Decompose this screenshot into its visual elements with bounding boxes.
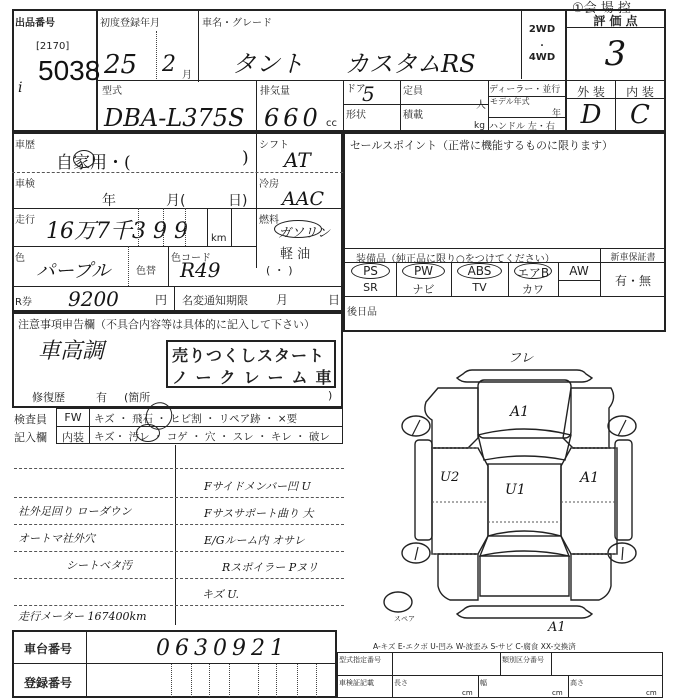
car-name: タント xyxy=(232,44,304,79)
comment-right: キズ U. xyxy=(202,586,239,602)
equipment-item: TV xyxy=(451,281,508,294)
warranty-value: 有・無 xyxy=(601,272,665,289)
comment-left: オートマ社外穴 xyxy=(18,530,95,546)
exterior-grade: D xyxy=(567,100,615,130)
sales-frame xyxy=(343,132,666,332)
comment-left: 走行メーター 167400km xyxy=(18,608,147,624)
equipment-item: カワ xyxy=(508,281,558,297)
interior-grade: C xyxy=(616,100,664,130)
legend: A-キズ E-エクボ U-凹み W-波歪み S-サビ C-腐食 XX-交換済 xyxy=(373,641,576,652)
first-registration-label: 初度登録年月 xyxy=(100,14,160,29)
diagram-roof: U1 xyxy=(505,482,526,498)
first-registration-year: 25 xyxy=(104,50,137,80)
first-registration-month: 2 xyxy=(162,52,176,77)
diagram-left: U2 xyxy=(440,470,459,485)
lot-label: 出品番号 xyxy=(15,14,55,29)
model-code: DBA-L375S xyxy=(104,104,245,132)
fw-items: キズ ・ 飛石 ・ ヒビ割 ・ リペア跡 ・ ×要 xyxy=(94,411,297,426)
comment-right: Fサスサポート曲り 大 xyxy=(204,505,313,521)
sales-points-label: セールスポイント（正常に機能するものに限ります） xyxy=(350,137,613,153)
color-code: R49 xyxy=(180,258,221,282)
notes-handwritten: 車高調 xyxy=(38,334,104,365)
comment-right: E/Gルーム内 オサレ xyxy=(204,532,305,548)
lot-number: 5038 xyxy=(38,55,100,87)
ac-value: AAC xyxy=(282,188,324,210)
interior-items: キズ・ 汚レ ・ コゲ ・ 穴 ・ スレ ・ キレ ・ 破レ xyxy=(94,429,330,444)
diagram-hood: A1 xyxy=(510,404,529,420)
equipment-item: AW xyxy=(558,264,600,278)
grade-score: 3 xyxy=(567,34,664,74)
equipment-item: SR xyxy=(345,281,396,294)
comment-left: 社外足回り ローダウン xyxy=(18,503,132,519)
mileage-value: 16万7千3 9 9 xyxy=(46,214,188,245)
car-name-label: 車名・グレード xyxy=(202,14,272,29)
shift-value: AT xyxy=(284,148,311,172)
comment-right: Fサイドメンバー凹 U xyxy=(204,478,311,494)
comment-right: Rスポイラー Pヌリ xyxy=(222,559,318,575)
lot-mark: i xyxy=(18,80,22,96)
lot-sub-number: [2170] xyxy=(36,41,69,52)
history-circle xyxy=(73,150,95,168)
equipment-item: ナビ xyxy=(396,281,451,297)
color-value: パープル xyxy=(36,256,110,283)
doors: 5 xyxy=(362,82,375,106)
recycle-fee: 9200 xyxy=(68,287,119,311)
chassis-number: 0630921 xyxy=(156,636,289,661)
diagram-right: A1 xyxy=(580,470,599,486)
diagram-bottom: A1 xyxy=(548,620,566,635)
notes-label: 注意事項申告欄（不具合内容等は具体的に記入して下さい） xyxy=(18,316,315,332)
car-grade: カスタムRS xyxy=(345,44,476,79)
comment-left: シートベタ汚 xyxy=(66,557,132,573)
displacement: 660 xyxy=(264,104,322,132)
diagram-note-top: フレ xyxy=(508,347,533,366)
